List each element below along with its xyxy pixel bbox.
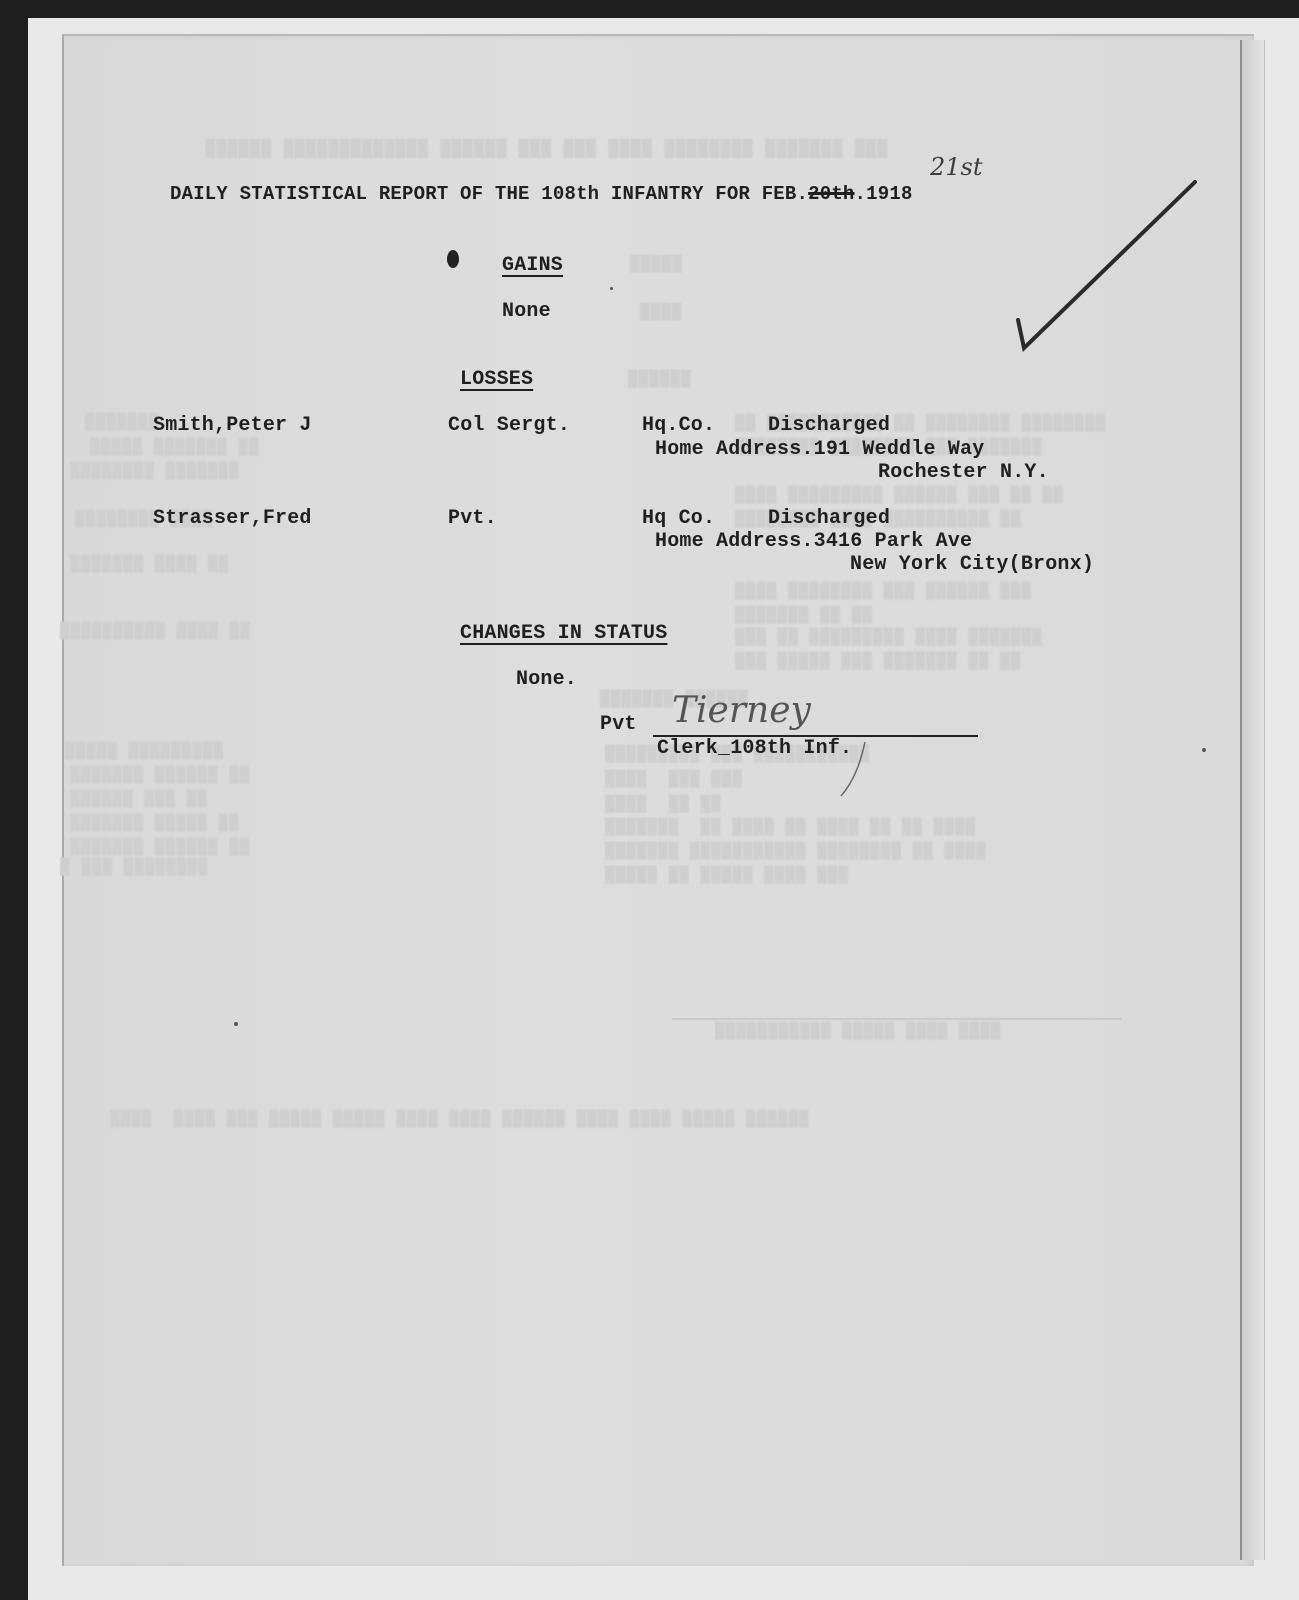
entry-address-line2: Rochester N.Y. — [878, 461, 1049, 484]
entry-address-line1: Home Address.191 Weddle Way — [655, 438, 984, 461]
gains-heading: GAINS — [502, 254, 563, 277]
changes-in-status-heading: CHANGES IN STATUS — [460, 622, 667, 645]
title-text: DAILY STATISTICAL REPORT OF THE 108th IN… — [170, 183, 808, 205]
entry-name: Strasser,Fred — [153, 507, 312, 530]
handwritten-signature: Tierney — [672, 690, 811, 731]
report-title: DAILY STATISTICAL REPORT OF THE 108th IN… — [170, 183, 913, 205]
entry-rank: Pvt. — [448, 507, 497, 530]
title-year: .1918 — [855, 183, 913, 205]
changes-in-status-content: None. — [516, 668, 577, 691]
gains-content: None — [502, 300, 551, 323]
ink-blot — [447, 250, 459, 268]
entry-action: Discharged — [768, 507, 890, 530]
entry-action: Discharged — [768, 414, 890, 437]
entry-name: Smith,Peter J — [153, 414, 312, 437]
entry-address-line1: Home Address.3416 Park Ave — [655, 530, 972, 553]
losses-heading: LOSSES — [460, 368, 533, 391]
entry-unit: Hq Co. — [642, 507, 715, 530]
entry-rank: Col Sergt. — [448, 414, 570, 437]
entry-address-line2: New York City(Bronx) — [850, 553, 1094, 576]
entry-unit: Hq.Co. — [642, 414, 715, 437]
checkmark-icon — [1010, 180, 1200, 355]
page-edge — [1240, 40, 1265, 1560]
speck — [234, 1022, 238, 1026]
signature-rank: Pvt — [600, 713, 637, 736]
handwritten-date-correction: 21st — [930, 153, 983, 181]
speck — [610, 287, 613, 290]
speck — [1202, 748, 1206, 752]
struck-date: 20th — [808, 183, 854, 205]
signature-title: Clerk_108th Inf. — [657, 737, 852, 760]
